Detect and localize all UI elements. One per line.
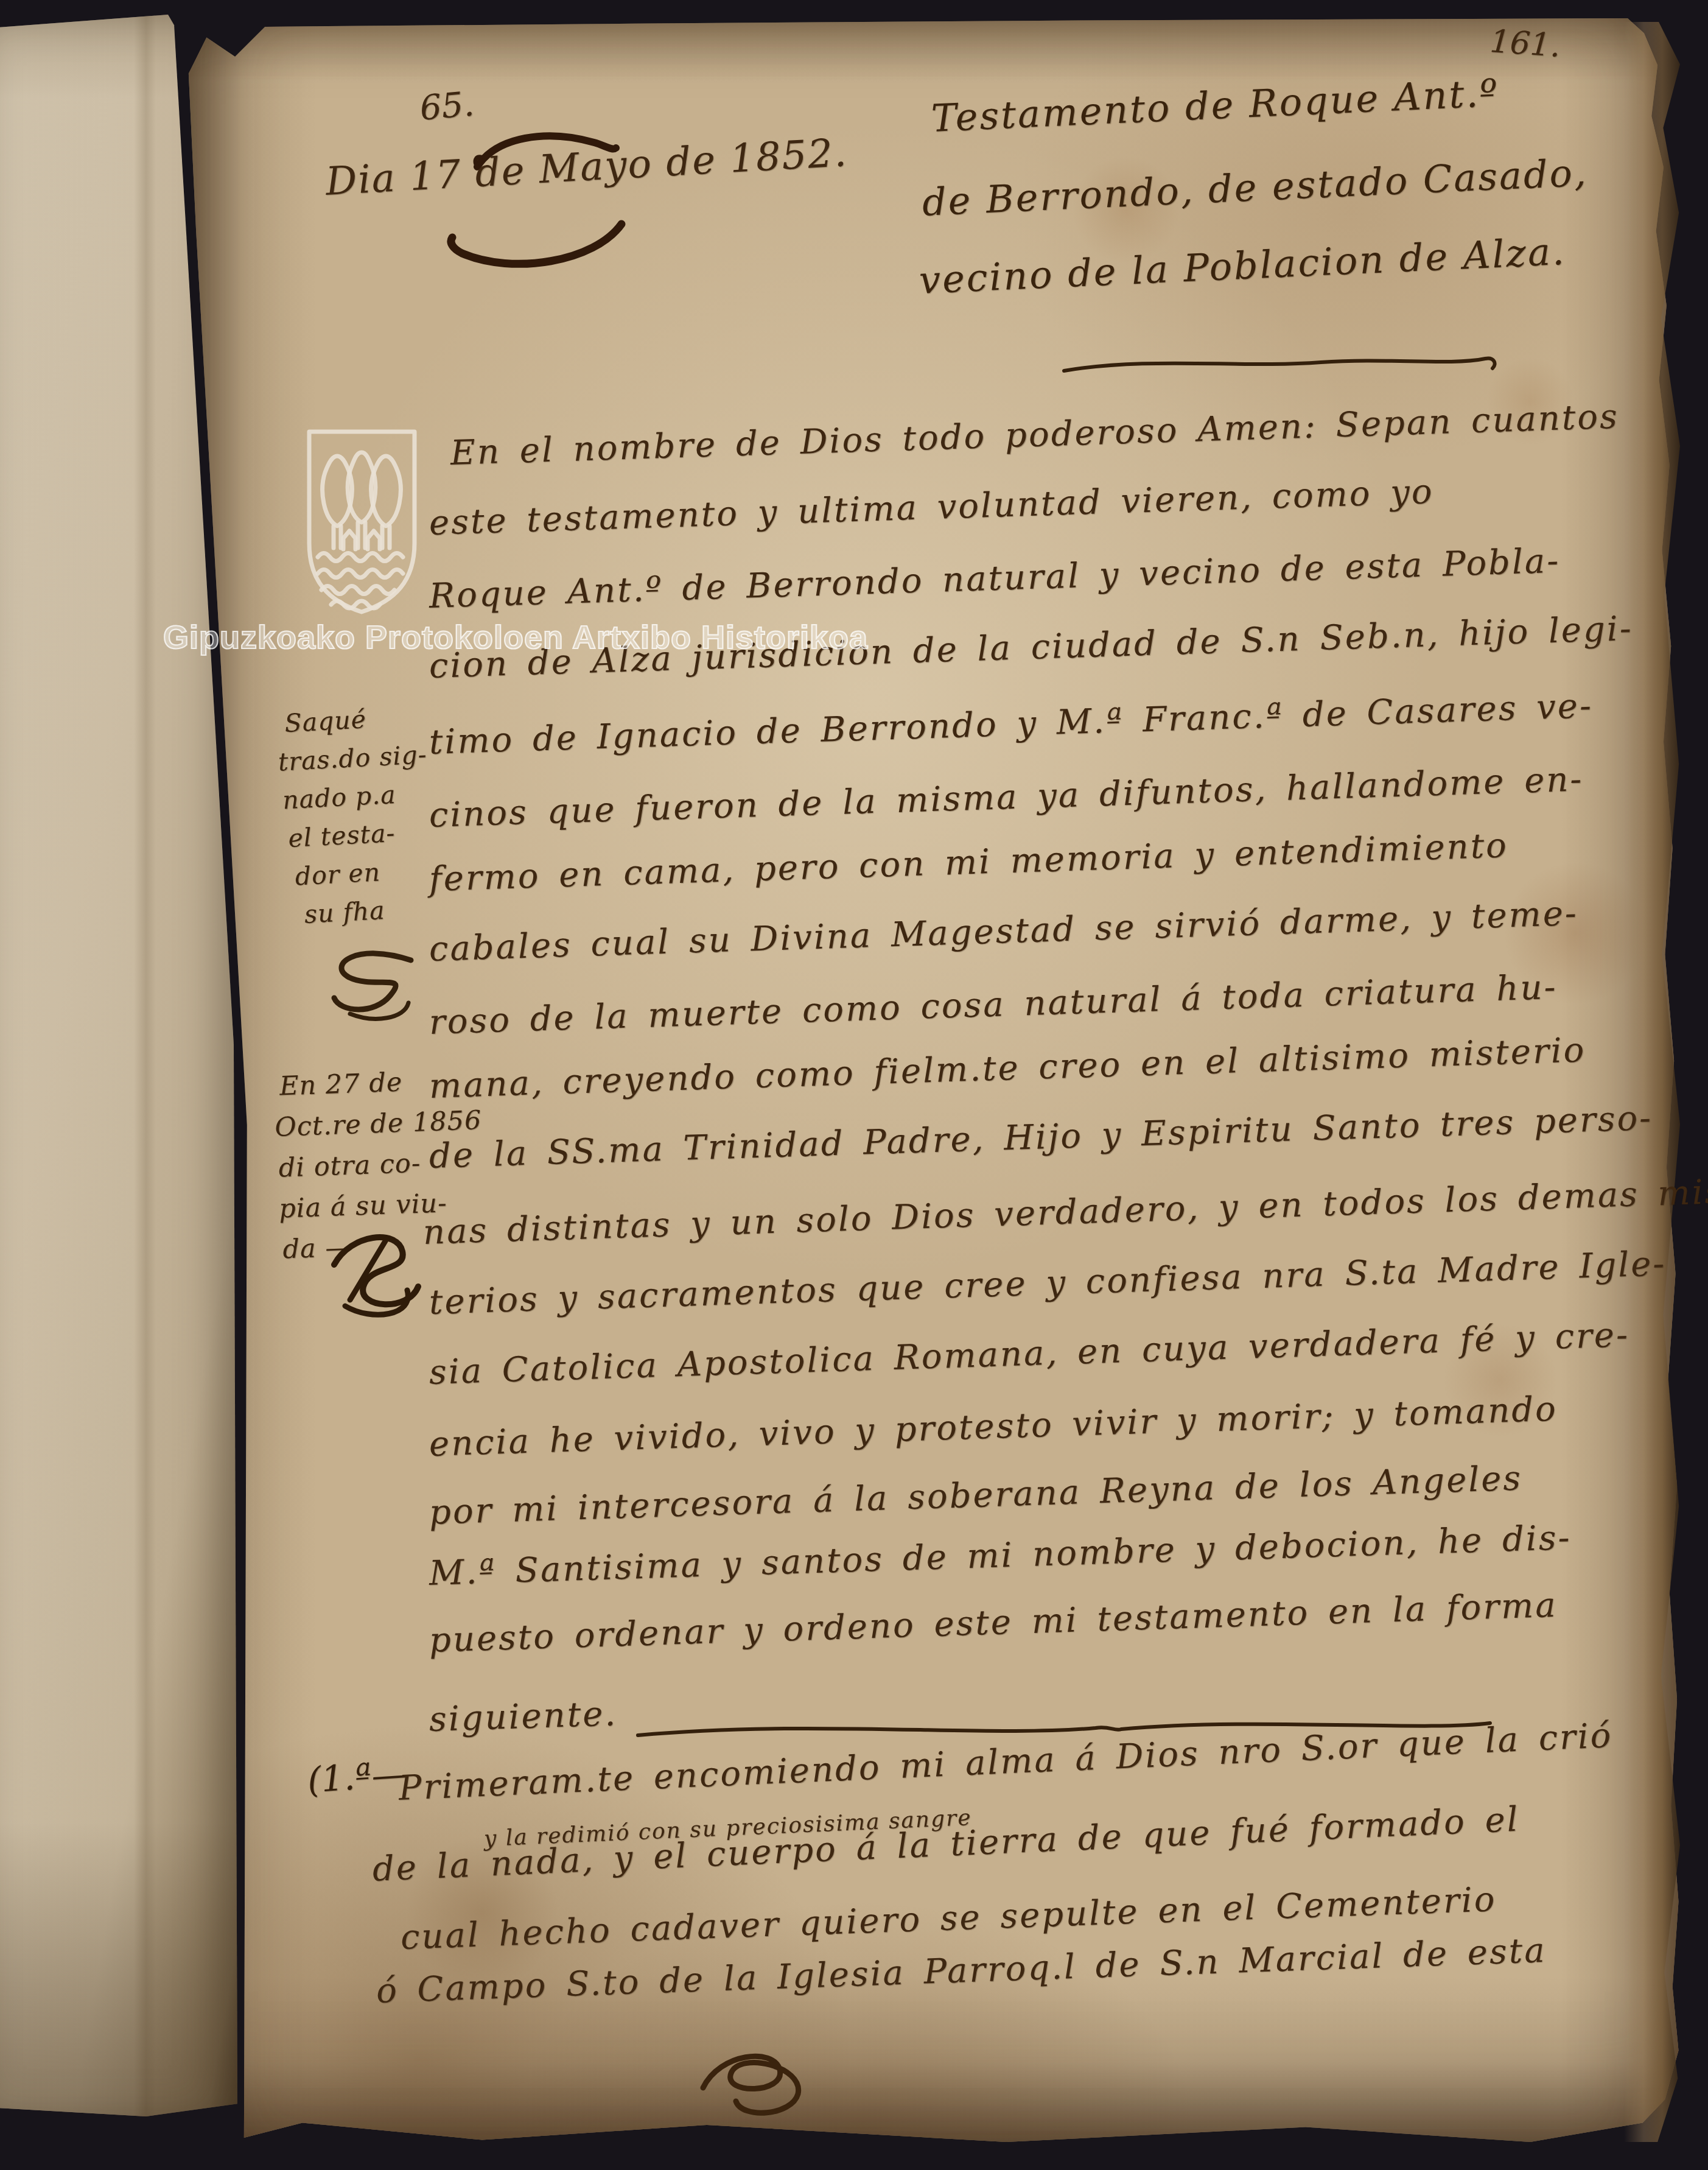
watermark-text: Gipuzkoako Protokoloen Artxibo Historiko… <box>163 619 868 656</box>
manuscript-scan: 161. 65. Dia 17 de Mayo de 1852. Testame… <box>0 0 1708 2170</box>
notary-rubric <box>685 2043 825 2122</box>
gipuzkoa-shield-icon <box>299 426 424 620</box>
margin-note-line: tras.do sig- <box>277 736 428 782</box>
date-flourish-bottom <box>441 214 630 278</box>
body-line: siguiente. <box>429 1694 618 1740</box>
margin-note-1: Saqué tras.do sig- nado p.a el testa- do… <box>275 697 436 935</box>
entry-number: 65. <box>418 84 475 128</box>
title-underline-flourish <box>1059 350 1503 387</box>
clause-number: (1.ª— <box>306 1753 408 1801</box>
deckle-edge <box>1624 22 1680 2142</box>
margin-note-line: dor en <box>294 851 434 896</box>
margin-note-2-rubric <box>313 1227 441 1324</box>
folio-number: 161. <box>1489 23 1562 65</box>
margin-note-line: su fha <box>303 889 436 934</box>
margin-note-1-rubric <box>313 947 429 1026</box>
